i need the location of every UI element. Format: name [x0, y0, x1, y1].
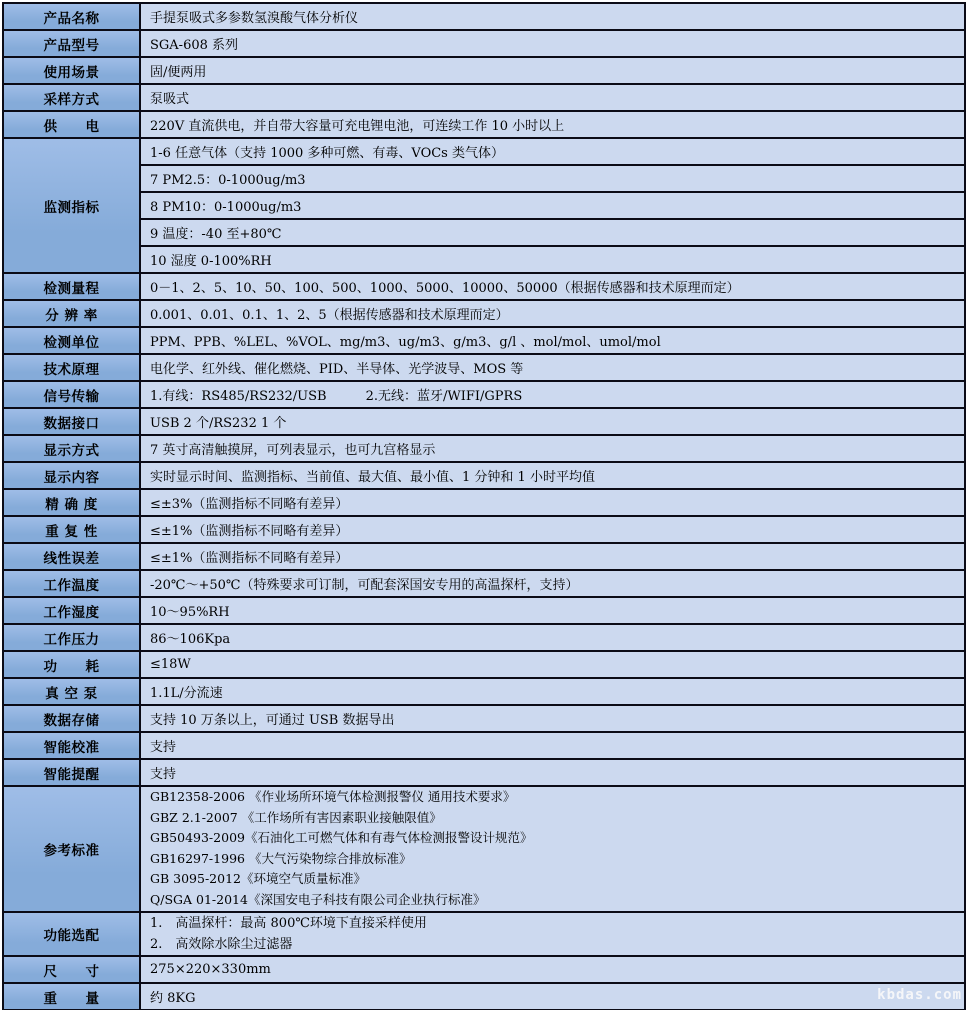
table-row: 尺 寸275×220×330mm [3, 956, 965, 983]
table-row: 技术原理电化学、红外线、催化燃烧、PID、半导体、光学波导、MOS 等 [3, 354, 965, 381]
detection-unit-label: 检测单位 [3, 327, 140, 354]
operating-humidity-value: 10～95%RH [140, 597, 965, 624]
product-model-label: 产品型号 [3, 30, 140, 57]
usage-scenario-value: 固/便两用 [140, 57, 965, 84]
table-row: 产品名称手提泵吸式多参数氢溴酸气体分析仪 [3, 3, 965, 30]
reference-standards-line: GB 3095-2012《环境空气质量标准》 [150, 869, 956, 890]
table-row: 数据存储支持 10 万条以上，可通过 USB 数据导出 [3, 705, 965, 732]
display-mode-value: 7 英寸高清触摸屏，可列表显示，也可九宫格显示 [140, 435, 965, 462]
data-storage-label: 数据存储 [3, 705, 140, 732]
table-row: 9 温度：-40 至+80℃ [3, 219, 965, 246]
smart-reminder-label: 智能提醒 [3, 759, 140, 786]
power-supply-label: 供 电 [3, 111, 140, 138]
repeatability-value: ≤±1%（监测指标不同略有差异） [140, 516, 965, 543]
table-row: 参考标准GB12358-2006 《作业场所环境气体检测报警仪 通用技术要求》G… [3, 786, 965, 912]
table-row: 采样方式泵吸式 [3, 84, 965, 111]
usage-scenario-label: 使用场景 [3, 57, 140, 84]
power-consumption-value: ≤18W [140, 651, 965, 678]
smart-calibration-label: 智能校准 [3, 732, 140, 759]
monitoring-indicators-value: 10 湿度 0-100%RH [140, 246, 965, 273]
resolution-value: 0.001、0.01、0.1、1、2、5（根据传感器和技术原理而定） [140, 300, 965, 327]
vacuum-pump-value: 1.1L/分流速 [140, 678, 965, 705]
signal-transmission-value: 1.有线：RS485/RS232/USB 2.无线：蓝牙/WIFI/GPRS [140, 381, 965, 408]
reference-standards-line: GB50493-2009《石油化工可燃气体和有毒气体检测报警设计规范》 [150, 828, 956, 849]
table-row: 检测量程0－1、2、5、10、50、100、500、1000、5000、1000… [3, 273, 965, 300]
table-row: 产品型号SGA-608 系列 [3, 30, 965, 57]
table-row: 工作温度-20℃～+50℃（特殊要求可订制，可配套深国安专用的高温探杆，支持） [3, 570, 965, 597]
display-content-label: 显示内容 [3, 462, 140, 489]
smart-reminder-value: 支持 [140, 759, 965, 786]
weight-label: 重 量 [3, 983, 140, 1010]
dimensions-label: 尺 寸 [3, 956, 140, 983]
accuracy-label: 精 确 度 [3, 489, 140, 516]
reference-standards-label: 参考标准 [3, 786, 140, 912]
product-name-label: 产品名称 [3, 3, 140, 30]
reference-standards-line: GB16297-1996 《大气污染物综合排放标准》 [150, 849, 956, 870]
monitoring-indicators-value: 9 温度：-40 至+80℃ [140, 219, 965, 246]
detection-unit-value: PPM、PPB、%LEL、%VOL、mg/m3、ug/m3、g/m3、g/l 、… [140, 327, 965, 354]
table-row: 分 辨 率0.001、0.01、0.1、1、2、5（根据传感器和技术原理而定） [3, 300, 965, 327]
table-row: 功 耗≤18W [3, 651, 965, 678]
table-row: 信号传输1.有线：RS485/RS232/USB 2.无线：蓝牙/WIFI/GP… [3, 381, 965, 408]
table-row: 显示内容实时显示时间、监测指标、当前值、最大值、最小值、1 分钟和 1 小时平均… [3, 462, 965, 489]
table-row: 数据接口USB 2 个/RS232 1 个 [3, 408, 965, 435]
spec-sheet-page: { "watermark": "kbdas.com", "colors": { … [0, 0, 968, 1010]
accuracy-value: ≤±3%（监测指标不同略有差异） [140, 489, 965, 516]
optional-features-label: 功能选配 [3, 912, 140, 957]
table-row: 真 空 泵1.1L/分流速 [3, 678, 965, 705]
monitoring-indicators-value: 7 PM2.5：0-1000ug/m3 [140, 165, 965, 192]
weight-value: 约 8KG [140, 983, 965, 1010]
data-storage-value: 支持 10 万条以上，可通过 USB 数据导出 [140, 705, 965, 732]
reference-standards-line: Q/SGA 01-2014《深国安电子科技有限公司企业执行标准》 [150, 890, 956, 911]
power-supply-value: 220V 直流供电，并自带大容量可充电锂电池，可连续工作 10 小时以上 [140, 111, 965, 138]
table-row: 7 PM2.5：0-1000ug/m3 [3, 165, 965, 192]
repeatability-label: 重 复 性 [3, 516, 140, 543]
table-row: 重 量约 8KG [3, 983, 965, 1010]
resolution-label: 分 辨 率 [3, 300, 140, 327]
table-row: 供 电220V 直流供电，并自带大容量可充电锂电池，可连续工作 10 小时以上 [3, 111, 965, 138]
vacuum-pump-label: 真 空 泵 [3, 678, 140, 705]
linearity-error-value: ≤±1%（监测指标不同略有差异） [140, 543, 965, 570]
optional-features-line: 2. 高效除水除尘过滤器 [150, 934, 956, 955]
table-row: 线性误差≤±1%（监测指标不同略有差异） [3, 543, 965, 570]
operating-humidity-label: 工作湿度 [3, 597, 140, 624]
table-row: 智能校准支持 [3, 732, 965, 759]
table-row: 工作湿度10～95%RH [3, 597, 965, 624]
dimensions-value: 275×220×330mm [140, 956, 965, 983]
technical-principle-value: 电化学、红外线、催化燃烧、PID、半导体、光学波导、MOS 等 [140, 354, 965, 381]
reference-standards-value: GB12358-2006 《作业场所环境气体检测报警仪 通用技术要求》GBZ 2… [140, 786, 965, 912]
product-spec-table: 产品名称手提泵吸式多参数氢溴酸气体分析仪产品型号SGA-608 系列使用场景固/… [2, 2, 966, 1010]
data-interface-value: USB 2 个/RS232 1 个 [140, 408, 965, 435]
table-row: 使用场景固/便两用 [3, 57, 965, 84]
reference-standards-line: GBZ 2.1-2007 《工作场所有害因素职业接触限值》 [150, 808, 956, 829]
monitoring-indicators-label: 监测指标 [3, 138, 140, 273]
data-interface-label: 数据接口 [3, 408, 140, 435]
table-row: 重 复 性≤±1%（监测指标不同略有差异） [3, 516, 965, 543]
monitoring-indicators-value: 8 PM10：0-1000ug/m3 [140, 192, 965, 219]
operating-temperature-value: -20℃～+50℃（特殊要求可订制，可配套深国安专用的高温探杆，支持） [140, 570, 965, 597]
table-row: 功能选配1. 高温探杆：最高 800℃环境下直接采样使用2. 高效除水除尘过滤器 [3, 912, 965, 957]
table-row: 显示方式7 英寸高清触摸屏，可列表显示，也可九宫格显示 [3, 435, 965, 462]
product-name-value: 手提泵吸式多参数氢溴酸气体分析仪 [140, 3, 965, 30]
display-content-value: 实时显示时间、监测指标、当前值、最大值、最小值、1 分钟和 1 小时平均值 [140, 462, 965, 489]
product-model-value: SGA-608 系列 [140, 30, 965, 57]
table-row: 智能提醒支持 [3, 759, 965, 786]
reference-standards-line: GB12358-2006 《作业场所环境气体检测报警仪 通用技术要求》 [150, 787, 956, 808]
linearity-error-label: 线性误差 [3, 543, 140, 570]
optional-features-value: 1. 高温探杆：最高 800℃环境下直接采样使用2. 高效除水除尘过滤器 [140, 912, 965, 957]
power-consumption-label: 功 耗 [3, 651, 140, 678]
monitoring-indicators-value: 1-6 任意气体（支持 1000 多种可燃、有毒、VOCs 类气体） [140, 138, 965, 165]
detection-range-value: 0－1、2、5、10、50、100、500、1000、5000、10000、50… [140, 273, 965, 300]
table-row: 8 PM10：0-1000ug/m3 [3, 192, 965, 219]
table-row: 10 湿度 0-100%RH [3, 246, 965, 273]
operating-pressure-label: 工作压力 [3, 624, 140, 651]
table-row: 精 确 度≤±3%（监测指标不同略有差异） [3, 489, 965, 516]
detection-range-label: 检测量程 [3, 273, 140, 300]
sampling-method-value: 泵吸式 [140, 84, 965, 111]
sampling-method-label: 采样方式 [3, 84, 140, 111]
technical-principle-label: 技术原理 [3, 354, 140, 381]
operating-pressure-value: 86～106Kpa [140, 624, 965, 651]
table-row: 工作压力86～106Kpa [3, 624, 965, 651]
table-row: 检测单位PPM、PPB、%LEL、%VOL、mg/m3、ug/m3、g/m3、g… [3, 327, 965, 354]
optional-features-line: 1. 高温探杆：最高 800℃环境下直接采样使用 [150, 913, 956, 934]
smart-calibration-value: 支持 [140, 732, 965, 759]
operating-temperature-label: 工作温度 [3, 570, 140, 597]
signal-transmission-label: 信号传输 [3, 381, 140, 408]
display-mode-label: 显示方式 [3, 435, 140, 462]
table-row: 监测指标1-6 任意气体（支持 1000 多种可燃、有毒、VOCs 类气体） [3, 138, 965, 165]
